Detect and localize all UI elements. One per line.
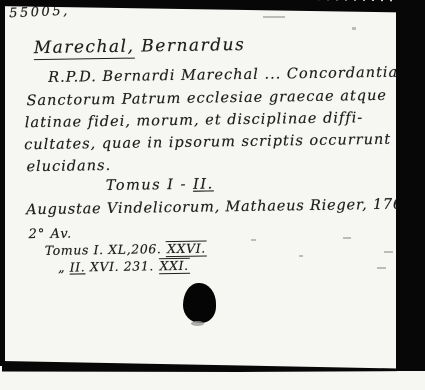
collation-2-index: XXI.	[158, 258, 189, 275]
volumes-roman: II.	[193, 176, 214, 192]
catalog-card-photo: 55005, Marechal, Bernardus R.P.D. Bernar…	[0, 0, 425, 390]
title-line: R.P.D. Bernardi Marechal ... Concordanti…	[48, 65, 398, 86]
collation-row-1: Tomus I. XL,206. XXVI.	[45, 241, 207, 260]
collation-2-tomus: II.	[70, 259, 86, 274]
collation-1-index: XXVI.	[166, 241, 207, 258]
collation-1-pages: XL,206.	[108, 241, 161, 257]
imprint-line: Augustae Vindelicorum, Mathaeus Rieger, …	[26, 196, 418, 218]
collation-row-2: „ II. XVI. 231. XXI.	[58, 258, 190, 276]
title-line: Sanctorum Patrum ecclesiae graecae atque	[26, 88, 387, 109]
title-line: latinae fidei, morum, et disciplinae dif…	[25, 110, 364, 131]
volumes-prefix: Tomus I -	[106, 177, 187, 194]
handwriting-layer: 55005, Marechal, Bernardus R.P.D. Bernar…	[0, 0, 425, 390]
title-line: cultates, quae in ipsorum scriptis occur…	[24, 132, 391, 153]
volumes-line: Tomus I - II.	[106, 176, 214, 194]
heading-surname: Marechal,	[34, 37, 135, 60]
speck	[263, 16, 285, 18]
speck	[352, 27, 356, 30]
photo-edge-left	[0, 0, 5, 366]
collation-1-label: Tomus I.	[45, 242, 104, 258]
collation-2-pages: XVI. 231.	[90, 258, 154, 274]
heading: Marechal, Bernardus	[34, 35, 246, 58]
speck	[299, 255, 303, 257]
ink-blot	[183, 283, 216, 323]
ink-blot-smudge	[191, 321, 204, 326]
speck	[384, 251, 393, 253]
format-line: 2° Av.	[28, 227, 72, 243]
title-line: elucidans.	[26, 158, 111, 175]
heading-forename: Bernardus	[141, 35, 245, 57]
photo-edge-right	[396, 0, 425, 371]
ditto-mark: „	[58, 260, 65, 275]
speck	[377, 267, 386, 269]
speck	[251, 239, 256, 241]
speck	[343, 237, 351, 239]
